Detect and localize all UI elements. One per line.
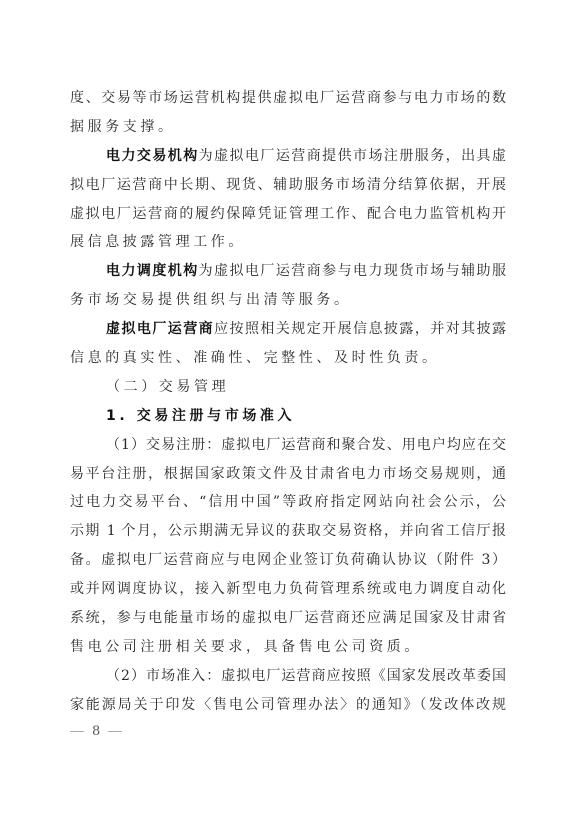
paragraph-text: 为虚拟电厂运营商参与电力现货市场与辅助服: [199, 263, 506, 279]
dash-right: [108, 731, 122, 732]
dash-left: [70, 731, 84, 732]
paragraph-line: 拟电厂运营商中长期、现货、辅助服务市场清分结算依据，开展: [70, 171, 506, 200]
bold-term: 虚拟电厂运营商: [106, 321, 214, 337]
paragraph-vpp-operator: 虚拟电厂运营商应按照相关规定开展信息披露，并对其披露: [70, 315, 506, 344]
paragraph-line: 虚拟电厂运营商的履约保障凭证管理工作、配合电力监管机构开: [70, 200, 506, 229]
paragraph-text: 应按照相关规定开展信息披露，并对其披露: [214, 321, 506, 337]
paragraph-dispatch-institution: 电力调度机构为虚拟电厂运营商参与电力现货市场与辅助服: [70, 257, 506, 286]
subsection-heading: 1. 交易注册与市场准入: [70, 402, 506, 431]
bold-term: 电力调度机构: [106, 263, 199, 279]
paragraph-line: 务市场交易提供组织与出清等服务。: [70, 286, 506, 315]
paragraph-line: 易平台注册，根据国家政策文件及甘肃省电力市场交易规则，通: [70, 460, 506, 489]
paragraph-line: （1）交易注册：虚拟电厂运营商和聚合发、用电户均应在交: [70, 431, 506, 460]
paragraph-text: 为虚拟电厂运营商提供市场注册服务，出具虚: [199, 148, 506, 164]
paragraph-line: 备。虚拟电厂运营商应与电网企业签订负荷确认协议（附件 3）: [70, 546, 506, 575]
paragraph-trading-institution: 电力交易机构为虚拟电厂运营商提供市场注册服务，出具虚: [70, 142, 506, 171]
paragraph-line: 展信息披露管理工作。: [70, 228, 506, 257]
paragraph-line: 信息的真实性、准确性、完整性、及时性负责。: [70, 344, 506, 373]
paragraph-line: 度、交易等市场运营机构提供虚拟电厂运营商参与电力市场的数: [70, 84, 506, 113]
page-number: 8: [70, 724, 122, 739]
paragraph-line: 家能源局关于印发〈售电公司管理办法〉的通知》（发改体改规: [70, 691, 506, 720]
page-number-text: 8: [92, 724, 100, 739]
paragraph-line: 系统，参与电能量市场的虚拟电厂运营商还应满足国家及甘肃省: [70, 604, 506, 633]
paragraph-line: 示期 1 个月，公示期满无异议的获取交易资格，并向省工信厅报: [70, 517, 506, 546]
section-heading: （二）交易管理: [70, 373, 506, 402]
paragraph-line: （2）市场准入：虚拟电厂运营商应按照《国家发展改革委国: [70, 662, 506, 691]
paragraph-line: 过电力交易平台、“信用中国”等政府指定网站向社会公示，公: [70, 488, 506, 517]
bold-term: 电力交易机构: [106, 148, 199, 164]
paragraph-line: 售电公司注册相关要求，具备售电公司资质。: [70, 633, 506, 662]
paragraph-line: 或并网调度协议，接入新型电力负荷管理系统或电力调度自动化: [70, 575, 506, 604]
document-body: 度、交易等市场运营机构提供虚拟电厂运营商参与电力市场的数 据服务支撑。 电力交易…: [70, 84, 506, 720]
paragraph-line: 据服务支撑。: [70, 113, 506, 142]
